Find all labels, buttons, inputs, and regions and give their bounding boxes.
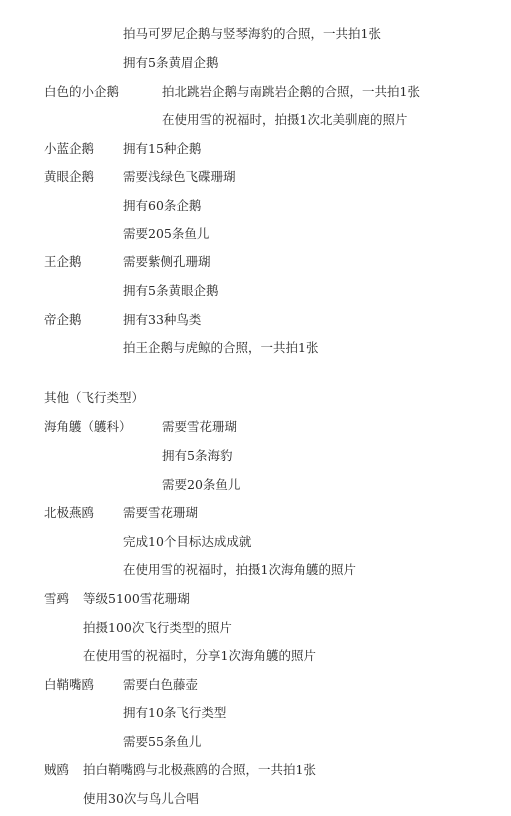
entry-requirement: 拥有15种企鹅 bbox=[123, 141, 201, 157]
entry-label: 贼鸥 bbox=[44, 762, 69, 778]
entry-label: 帝企鹅 bbox=[44, 312, 82, 328]
entry-requirement: 完成10个目标达成成就 bbox=[123, 534, 251, 550]
entry-label: 白色的小企鹅 bbox=[44, 84, 119, 100]
entry-requirement: 拍马可罗尼企鹅与竖琴海豹的合照，一共拍1张 bbox=[123, 26, 381, 42]
entry-requirement: 需要205条鱼儿 bbox=[123, 226, 209, 242]
entry-requirement: 使用30次与鸟儿合唱 bbox=[83, 791, 199, 807]
entry-label: 小蓝企鹅 bbox=[44, 141, 94, 157]
entry-requirement: 需要雪花珊瑚 bbox=[123, 505, 198, 521]
entry-requirement: 拥有10条飞行类型 bbox=[123, 705, 226, 721]
entry-requirement: 拍王企鹅与虎鲸的合照，一共拍1张 bbox=[123, 340, 318, 356]
entry-requirement: 拥有5条海豹 bbox=[162, 448, 232, 464]
entry-requirement: 需要浅绿色飞碟珊瑚 bbox=[123, 169, 236, 185]
entry-requirement: 拍摄100次飞行类型的照片 bbox=[83, 620, 232, 636]
entry-requirement: 需要20条鱼儿 bbox=[162, 477, 240, 493]
entry-requirement: 拥有5条黄眉企鹅 bbox=[123, 55, 218, 71]
entry-label: 雪鹀 bbox=[44, 591, 69, 607]
entry-requirement: 拥有33种鸟类 bbox=[123, 312, 201, 328]
entry-requirement: 需要白色藤壶 bbox=[123, 677, 198, 693]
entry-label: 白鞘嘴鸥 bbox=[44, 677, 94, 693]
entry-requirement: 在使用雪的祝福时，拍摄1次海角鸌的照片 bbox=[123, 562, 356, 578]
entry-label: 海角鸌（鸌科） bbox=[44, 419, 132, 435]
entry-requirement: 在使用雪的祝福时，拍摄1次北美驯鹿的照片 bbox=[162, 112, 407, 128]
entry-requirement: 拥有5条黄眼企鹅 bbox=[123, 283, 218, 299]
entry-requirement: 需要55条鱼儿 bbox=[123, 734, 201, 750]
entry-requirement: 需要雪花珊瑚 bbox=[162, 419, 237, 435]
entry-requirement: 等级5100雪花珊瑚 bbox=[83, 591, 190, 607]
entry-requirement: 需要紫侧孔珊瑚 bbox=[123, 254, 211, 270]
entry-requirement: 拍北跳岩企鹅与南跳岩企鹅的合照，一共拍1张 bbox=[162, 84, 420, 100]
entry-requirement: 拍白鞘嘴鸥与北极燕鸥的合照，一共拍1张 bbox=[83, 762, 316, 778]
entry-label: 王企鹅 bbox=[44, 254, 82, 270]
entry-label: 其他（飞行类型） bbox=[44, 390, 144, 406]
entry-label: 北极燕鸥 bbox=[44, 505, 94, 521]
entry-requirement: 拥有60条企鹅 bbox=[123, 198, 201, 214]
entry-requirement: 在使用雪的祝福时，分享1次海角鸌的照片 bbox=[83, 648, 316, 664]
entry-label: 黄眼企鹅 bbox=[44, 169, 94, 185]
